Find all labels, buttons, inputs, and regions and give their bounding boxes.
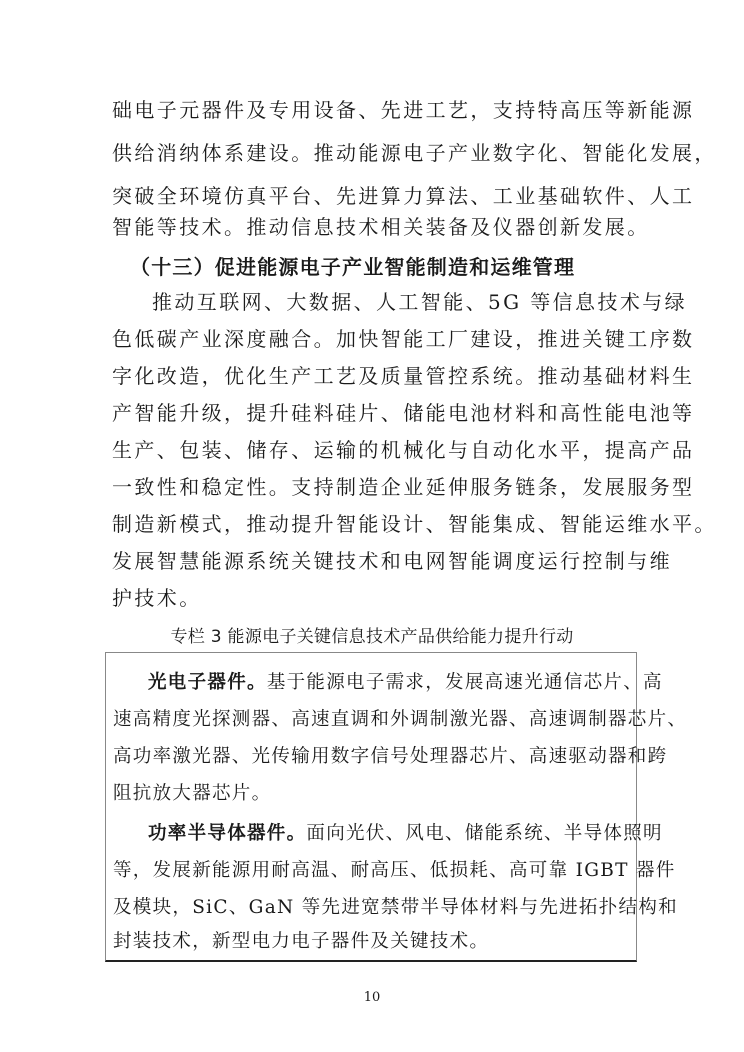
paragraph-2-line: 色低碳产业深度融合。加快智能工厂建设，推进关键工序数 xyxy=(112,327,632,351)
paragraph-2-line: 护技术。 xyxy=(112,586,632,610)
box-item-2-title: 功率半导体器件。 xyxy=(148,823,306,844)
box-title: 专栏 3 能源电子关键信息技术产品供给能力提升行动 xyxy=(0,626,744,648)
box-item-2-text: 面向光伏、风电、储能系统、半导体照明 xyxy=(306,823,662,844)
paragraph-2-line: 发展智慧能源系统关键技术和电网智能调度运行控制与维 xyxy=(112,549,632,573)
box-item-2-first-line: 功率半导体器件。面向光伏、风电、储能系统、半导体照明 xyxy=(148,822,663,846)
box-item-1-title: 光电子器件。 xyxy=(148,672,267,693)
paragraph-2-line: 一致性和稳定性。支持制造企业延伸服务链条，发展服务型 xyxy=(112,475,632,499)
paragraph-2-line: 推动互联网、大数据、人工智能、5G 等信息技术与绿 xyxy=(152,290,672,314)
paragraph-2-line: 产智能升级，提升硅料硅片、储能电池材料和高性能电池等 xyxy=(112,401,632,425)
paragraph-1-line: 础电子元器件及专用设备、先进工艺，支持特高压等新能源 xyxy=(112,98,632,122)
paragraph-1-line: 突破全环境仿真平台、先进算力算法、工业基础软件、人工 xyxy=(112,184,632,208)
box-item-2-line: 封装技术，新型电力电子器件及关键技术。 xyxy=(113,930,489,954)
box-item-1-text: 基于能源电子需求，发展高速光通信芯片、高 xyxy=(267,672,663,693)
box-item-1-line: 高功率激光器、光传输用数字信号处理器芯片、高速驱动器和跨 xyxy=(113,745,667,769)
box-item-2-line: 及模块，SiC、GaN 等先进宽禁带半导体材料与先进拓扑结构和 xyxy=(113,896,678,920)
box-item-1-first-line: 光电子器件。基于能源电子需求，发展高速光通信芯片、高 xyxy=(148,671,663,695)
paragraph-2-line: 制造新模式，推动提升智能设计、智能集成、智能运维水平。 xyxy=(112,512,632,536)
section-heading: （十三）促进能源电子产业智能制造和运维管理 xyxy=(130,255,650,279)
paragraph-2-line: 字化改造，优化生产工艺及质量管控系统。推动基础材料生 xyxy=(112,364,632,388)
page-number: 10 xyxy=(0,990,744,1005)
document-page: 础电子元器件及专用设备、先进工艺，支持特高压等新能源 供给消纳体系建设。推动能源… xyxy=(0,0,744,1052)
info-box: 光电子器件。基于能源电子需求，发展高速光通信芯片、高 速高精度光探测器、高速直调… xyxy=(105,652,637,962)
paragraph-1-line: 智能等技术。推动信息技术相关装备及仪器创新发展。 xyxy=(112,215,632,239)
box-item-2-line: 等，发展新能源用耐高温、耐高压、低损耗、高可靠 IGBT 器件 xyxy=(113,859,676,883)
box-item-1-line: 速高精度光探测器、高速直调和外调制激光器、高速调制器芯片、 xyxy=(113,708,687,732)
paragraph-2-line: 生产、包装、储存、运输的机械化与自动化水平，提高产品 xyxy=(112,438,632,462)
box-item-1-line: 阻抗放大器芯片。 xyxy=(113,782,271,806)
paragraph-1-line: 供给消纳体系建设。推动能源电子产业数字化、智能化发展， xyxy=(112,141,632,165)
